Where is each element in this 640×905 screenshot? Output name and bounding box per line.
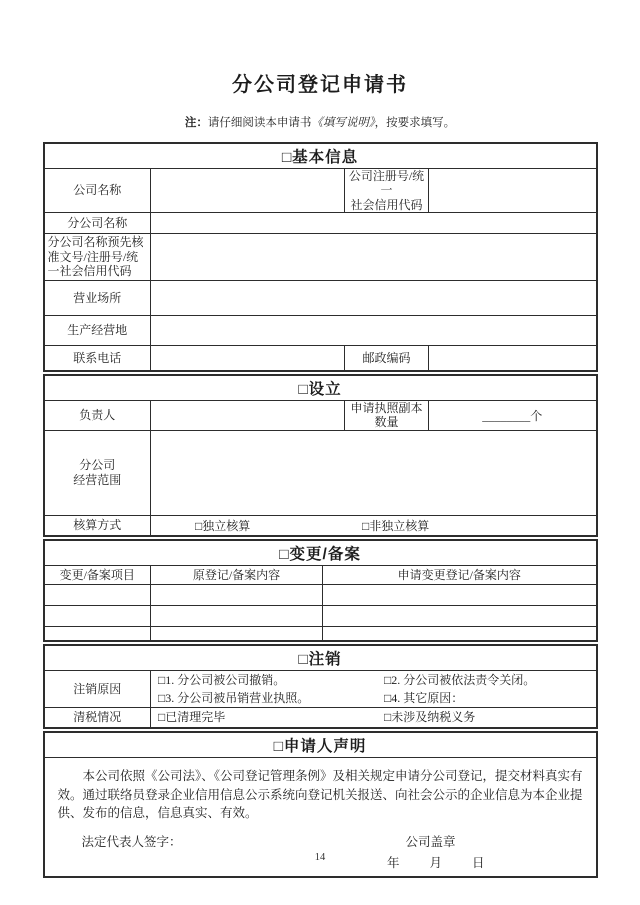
note-prefix: 注：: [185, 117, 208, 129]
empty-cell: [151, 584, 323, 605]
phone-value-cell: [151, 346, 345, 372]
company-regno-value-cell: [429, 169, 597, 213]
section-header-establish: □设立: [44, 375, 597, 401]
note-text-1: 请仔细阅读本申请书: [208, 117, 312, 129]
section-header-declaration: □申请人声明: [44, 732, 597, 758]
postcode-label: 邮政编码: [345, 346, 429, 372]
basic-info-table: □基本信息 公司名称 公司注册号/统一社会信用代码 分公司名称 分公司名称预先核…: [43, 142, 598, 372]
postcode-value-cell: [429, 346, 597, 372]
empty-cell: [44, 605, 151, 626]
production-site-label: 生产经营地: [44, 316, 151, 346]
company-name-label: 公司名称: [44, 169, 151, 213]
premises-value-cell: [151, 281, 597, 316]
option-independent-accounting: □独立核算: [153, 517, 362, 534]
empty-cell: [323, 605, 597, 626]
section-header-basic-info: □基本信息: [44, 143, 597, 169]
option-other-reason: □4. 其它原因：: [384, 689, 594, 707]
manager-value-cell: [151, 401, 345, 431]
original-content-col-header: 原登记/备案内容: [151, 565, 323, 584]
applied-content-col-header: 申请变更登记/备案内容: [323, 565, 597, 584]
option-tax-cleared: □已清理完毕: [158, 708, 384, 726]
signature-row: 法定代表人签字： 公司盖章: [58, 832, 583, 850]
empty-cell: [44, 584, 151, 605]
company-name-value-cell: [151, 169, 345, 213]
option-non-independent-accounting: □非独立核算: [362, 517, 594, 534]
section-header-change: □变更/备案: [44, 540, 597, 566]
option-no-tax-obligation: □未涉及纳税义务: [384, 708, 594, 726]
license-copies-value: ________个: [429, 401, 597, 431]
manager-label: 负责人: [44, 401, 151, 431]
phone-label: 联系电话: [44, 346, 151, 372]
empty-cell: [151, 626, 323, 641]
production-site-value-cell: [151, 316, 597, 346]
branch-name-label: 分公司名称: [44, 213, 151, 234]
accounting-label: 核算方式: [44, 515, 151, 536]
company-regno-label: 公司注册号/统一社会信用代码: [345, 169, 429, 213]
section-header-cancel: □注销: [44, 645, 597, 671]
scope-label: 分公司经营范围: [44, 430, 151, 515]
establish-table: □设立 负责人 申请执照副本数量 ________个 分公司经营范围 核算方式 …: [43, 374, 598, 537]
note: 注：请仔细阅读本申请书《填写说明》，按要求填写。: [0, 114, 640, 130]
legal-rep-signature-label: 法定代表人签字：: [82, 832, 182, 850]
table-row: [44, 605, 597, 626]
document-page: 分公司登记申请书 注：请仔细阅读本申请书《填写说明》，按要求填写。 □基本信息 …: [0, 0, 640, 878]
page-title: 分公司登记申请书: [0, 0, 640, 97]
empty-cell: [323, 584, 597, 605]
note-text-2: ，按要求填写。: [375, 117, 456, 129]
option-ordered-closed: □2. 分公司被依法责令关闭。: [384, 671, 594, 689]
change-table: □变更/备案 变更/备案项目 原登记/备案内容 申请变更登记/备案内容: [43, 539, 598, 642]
tax-status-label: 清税情况: [44, 707, 151, 728]
preapproval-label: 分公司名称预先核准文号/注册号/统一社会信用代码: [44, 234, 151, 281]
option-revoked-by-company: □1. 分公司被公司撤销。: [158, 671, 384, 689]
table-row: [44, 584, 597, 605]
premises-label: 营业场所: [44, 281, 151, 316]
company-seal-label: 公司盖章: [405, 832, 455, 850]
empty-cell: [44, 626, 151, 641]
empty-cell: [323, 626, 597, 641]
cancel-table: □注销 注销原因 □1. 分公司被公司撤销。 □2. 分公司被依法责令关闭。 □…: [43, 644, 598, 729]
scope-value-cell: [151, 430, 597, 515]
declaration-text: 本公司依照《公司法》、《公司登记管理条例》及相关规定申请分公司登记，提交材料真实…: [58, 767, 583, 823]
note-emphasis: 《填写说明》: [311, 117, 374, 129]
branch-name-value-cell: [151, 213, 597, 234]
license-copies-label: 申请执照副本数量: [345, 401, 429, 431]
page-number: 14: [0, 852, 640, 863]
preapproval-value-cell: [151, 234, 597, 281]
table-row: [44, 626, 597, 641]
change-item-col-header: 变更/备案项目: [44, 565, 151, 584]
option-license-revoked: □3. 分公司被吊销营业执照。: [158, 689, 384, 707]
empty-cell: [151, 605, 323, 626]
cancel-reason-label: 注销原因: [44, 670, 151, 707]
